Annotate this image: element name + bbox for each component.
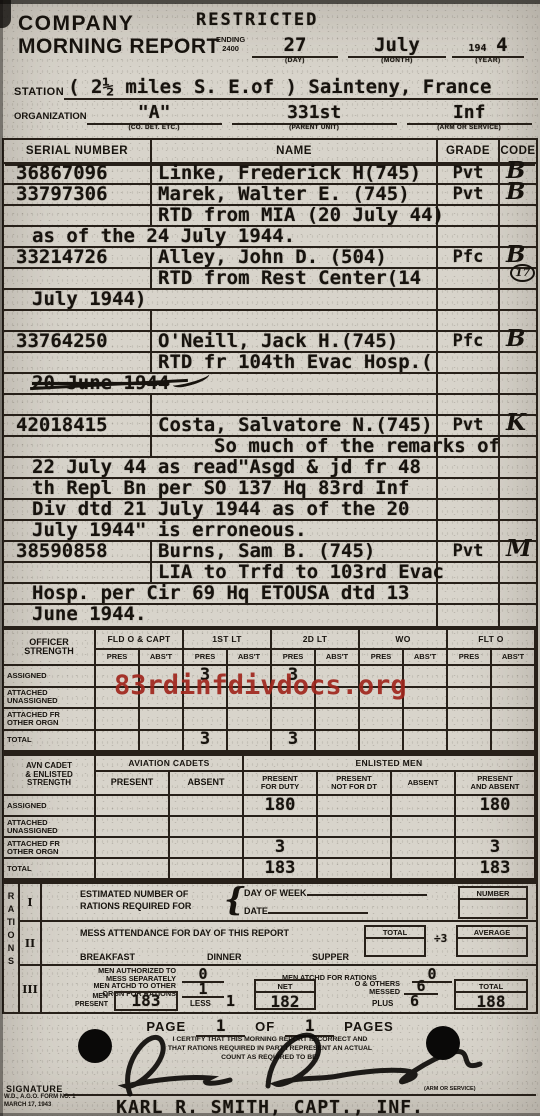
strength-value-cell xyxy=(170,817,244,838)
rations-total-box: TOTAL 188 xyxy=(454,979,528,1010)
handwritten-code: B xyxy=(506,329,525,349)
enlisted-men-header: ENLISTED MEN xyxy=(244,756,536,772)
enlisted-column-header: PRESENT FOR DUTY xyxy=(244,772,318,796)
breakfast-label: BREAKFAST xyxy=(80,952,135,962)
code-cell xyxy=(500,269,536,288)
rations-section: RATIONS I ESTIMATED NUMBER OF RATIONS RE… xyxy=(2,882,538,1014)
station-value: ( 2½ miles S. E.of ) Sainteny, France xyxy=(64,76,538,100)
grade-cell xyxy=(438,227,500,246)
strength-value-cell xyxy=(228,709,272,731)
grade-cell xyxy=(438,437,500,456)
code-cell: B17 xyxy=(500,248,536,267)
strength-value-cell xyxy=(316,731,360,753)
plus-label: PLUS xyxy=(372,999,393,1008)
remark-text: RTD from Rest Center(14 xyxy=(152,269,438,288)
organization-arm-value: Inf xyxy=(453,102,486,123)
roster-row: 36867096Linke, Frederick H(745)PvtB xyxy=(4,164,536,185)
less-label: LESS xyxy=(190,999,211,1008)
col-header-serial: SERIAL NUMBER xyxy=(4,140,152,162)
serial-cell: 38590858 xyxy=(4,542,152,561)
number-box-label: NUMBER xyxy=(460,888,526,900)
pres-abst-sub-header: PRES xyxy=(448,650,492,666)
remark-text: So much of the remarks of xyxy=(152,437,438,456)
scan-edge-artifact xyxy=(0,0,11,28)
strength-row-label: TOTAL xyxy=(4,859,96,880)
strength-value-cell xyxy=(318,838,392,859)
serial-cell: 33797306 xyxy=(4,185,152,204)
handwritten-code: B xyxy=(506,182,525,202)
archive-watermark: 83rdinfdivdocs.org xyxy=(114,670,407,701)
strength-value-cell xyxy=(96,817,170,838)
enlisted-column-header: ABSENT xyxy=(392,772,456,796)
strength-value-cell xyxy=(392,817,456,838)
grade-cell: Pvt xyxy=(438,416,500,435)
morning-report-document: COMPANY RESTRICTED MORNING REPORT ENDING… xyxy=(0,0,540,1116)
scan-edge-artifact xyxy=(0,0,540,4)
grade-cell: Pfc xyxy=(438,332,500,351)
roster-row: LIA to Trfd to 103rd Evac xyxy=(4,563,536,584)
enlisted-column-header: PRESENT AND ABSENT xyxy=(456,772,536,796)
officer-column-group-header: FLD O & CAPT xyxy=(96,630,184,650)
strength-value-cell xyxy=(316,709,360,731)
signature-label: SIGNATURE xyxy=(6,1084,63,1094)
brace-glyph: { xyxy=(224,880,245,918)
date-day-value: 27 xyxy=(284,34,307,56)
dinner-label: DINNER xyxy=(207,952,242,962)
serial-cell: 33214726 xyxy=(4,248,152,267)
strength-value-cell xyxy=(492,731,536,753)
pres-abst-sub-header: ABS'T xyxy=(140,650,184,666)
strength-value-cell xyxy=(170,838,244,859)
rations-part-1: ESTIMATED NUMBER OF RATIONS REQUIRED FOR… xyxy=(42,884,536,922)
organization-company-field: "A" (CO. DET. ETC.) xyxy=(87,102,222,125)
grade-cell xyxy=(438,458,500,477)
remark-continuation-text: Hosp. per Cir 69 Hq ETOUSA dtd 13 xyxy=(4,584,438,603)
remark-text: RTD from MIA (20 July 44) xyxy=(152,206,438,225)
classification-stamp: RESTRICTED xyxy=(196,10,318,30)
name-cell: Burns, Sam B. (745) xyxy=(152,542,438,561)
strength-value-cell xyxy=(492,688,536,710)
strength-value-cell xyxy=(318,796,392,817)
rations-part-2-numeral: II xyxy=(20,922,42,966)
officer-column-group-header: 2D LT xyxy=(272,630,360,650)
strength-row-label: ATTACHED FR OTHER ORGN xyxy=(4,709,96,731)
strength-value-cell xyxy=(404,666,448,688)
parent-unit-sublabel: (PARENT UNIT) xyxy=(232,124,397,131)
strength-value-cell: 3 xyxy=(272,731,316,753)
strength-value-cell xyxy=(492,666,536,688)
code-cell xyxy=(500,605,536,626)
strength-value-cell xyxy=(244,817,318,838)
officer-column-group-header: FLT O xyxy=(448,630,536,650)
form-number-info: W.D., A.G.O. FORM NO. 1 MARCH 17, 1943 xyxy=(4,1094,75,1110)
remark-text: RTD fr 104th Evac Hosp.( xyxy=(152,353,438,372)
code-cell xyxy=(500,458,536,477)
rations-part-1-numeral: I xyxy=(20,884,42,922)
rations-side-label: RATIONS xyxy=(4,884,20,1012)
month-sublabel: (MONTH) xyxy=(348,57,446,64)
organization-line: ORGANIZATION "A" (CO. DET. ETC.) 331st (… xyxy=(14,102,538,125)
year-sublabel: (YEAR) xyxy=(452,57,524,64)
ending-2400-label: ENDING 2400 xyxy=(216,36,245,53)
strength-value-cell xyxy=(170,859,244,880)
grade-cell xyxy=(438,395,500,414)
grade-cell xyxy=(438,500,500,519)
organization-arm-field: Inf (ARM OR SERVICE) xyxy=(407,102,532,125)
strength-value-cell xyxy=(492,709,536,731)
strength-row-label: ATTACHED UNASSIGNED xyxy=(4,688,96,710)
pres-abst-sub-header: ABS'T xyxy=(492,650,536,666)
pres-abst-sub-header: PRES xyxy=(360,650,404,666)
atchd-other-orgn-value: 1 xyxy=(182,982,224,998)
personnel-roster-table: SERIAL NUMBER NAME GRADE CODE 36867096Li… xyxy=(2,138,538,628)
code-cell xyxy=(500,563,536,582)
code-cell xyxy=(500,374,536,393)
grade-cell: Pvt xyxy=(438,542,500,561)
col-header-name: NAME xyxy=(152,140,438,162)
roster-row: 38590858Burns, Sam B. (745)PvtM xyxy=(4,542,536,563)
strength-value-cell xyxy=(448,709,492,731)
strength-value-cell xyxy=(96,859,170,880)
officer-column-group-header: WO xyxy=(360,630,448,650)
punch-hole xyxy=(78,1029,112,1063)
strength-row-label: TOTAL xyxy=(4,731,96,753)
strength-value-cell xyxy=(96,796,170,817)
station-label: STATION xyxy=(14,86,64,100)
roster-row: RTD from MIA (20 July 44) xyxy=(4,206,536,227)
strength-row-label: ATTACHED FR OTHER ORGN xyxy=(4,838,96,859)
serial-cell: 42018415 xyxy=(4,416,152,435)
name-cell xyxy=(152,395,438,414)
pres-abst-sub-header: PRES xyxy=(184,650,228,666)
roster-row: RTD fr 104th Evac Hosp.( xyxy=(4,353,536,374)
date-month-value: July xyxy=(374,34,420,56)
enlisted-column-header: PRESENT NOT FOR DT xyxy=(318,772,392,796)
code-cell xyxy=(500,584,536,603)
remark-continuation-text: 20 June 1944 xyxy=(4,374,438,393)
rations-part-2: MESS ATTENDANCE FOR DAY OF THIS REPORT T… xyxy=(42,922,536,966)
date-year-field: 194 4 (YEAR) xyxy=(452,34,524,58)
aviation-cadets-header: AVIATION CADETS xyxy=(96,756,244,772)
strength-value-cell xyxy=(96,838,170,859)
roster-row: 33214726Alley, John D. (504)PfcB17 xyxy=(4,248,536,269)
strength-value-cell xyxy=(392,796,456,817)
strength-value-cell xyxy=(318,859,392,880)
strength-value-cell: 3 xyxy=(456,838,536,859)
roster-row: RTD from Rest Center(14 xyxy=(4,269,536,290)
grade-cell xyxy=(438,479,500,498)
supper-label: SUPPER xyxy=(312,952,349,962)
code-cell: B xyxy=(500,185,536,204)
code-cell xyxy=(500,500,536,519)
name-cell: Alley, John D. (504) xyxy=(152,248,438,267)
strength-value-cell xyxy=(96,731,140,753)
grade-cell xyxy=(438,563,500,582)
grade-cell xyxy=(438,269,500,288)
rations-total-value: 188 xyxy=(456,993,526,1011)
roster-row: Hosp. per Cir 69 Hq ETOUSA dtd 13 xyxy=(4,584,536,605)
pres-abst-sub-header: PRES xyxy=(272,650,316,666)
remark-continuation-text: June 1944. xyxy=(4,605,438,626)
station-line: STATION ( 2½ miles S. E.of ) Sainteny, F… xyxy=(14,76,538,100)
strength-value-cell xyxy=(170,796,244,817)
roster-header-row: SERIAL NUMBER NAME GRADE CODE xyxy=(4,140,536,164)
name-cell: Marek, Walter E. (745) xyxy=(152,185,438,204)
strength-value-cell xyxy=(404,731,448,753)
mess-total-label: TOTAL xyxy=(366,927,424,939)
strength-value-cell xyxy=(448,666,492,688)
handwritten-code: M xyxy=(506,539,531,559)
serial-cell xyxy=(4,563,152,582)
men-present-box: 183 xyxy=(114,991,178,1011)
arm-service-sublabel: (ARM OR SERVICE) xyxy=(407,124,532,131)
year-typed: 4 xyxy=(496,34,507,56)
mess-total-box: TOTAL xyxy=(364,925,426,957)
strength-value-cell xyxy=(360,731,404,753)
roster-row: 22 July 44 as read"Asgd & jd fr 48 xyxy=(4,458,536,479)
date-month-field: July (MONTH) xyxy=(348,34,446,58)
plus-value: 6 xyxy=(410,992,419,1010)
remark-continuation-text: July 1944) xyxy=(4,290,438,309)
net-box: NET 182 xyxy=(254,979,316,1010)
remark-continuation-text: th Repl Bn per SO 137 Hq 83rd Inf xyxy=(4,479,438,498)
strength-value-cell xyxy=(448,731,492,753)
mess-attendance-label: MESS ATTENDANCE FOR DAY OF THIS REPORT xyxy=(80,928,289,938)
rations-part-3-numeral: III xyxy=(20,966,42,1012)
serial-cell xyxy=(4,437,152,456)
roster-row: June 1944. xyxy=(4,605,536,626)
handwritten-code: B xyxy=(506,245,525,265)
code-cell xyxy=(500,290,536,309)
officer-column-group-header: 1ST LT xyxy=(184,630,272,650)
remark-continuation-text: as of the 24 July 1944. xyxy=(4,227,438,246)
punch-hole xyxy=(426,1026,460,1060)
code-cell xyxy=(500,479,536,498)
grade-cell xyxy=(438,584,500,603)
form-title-morning-report: MORNING REPORT xyxy=(18,35,220,59)
code-cell xyxy=(500,353,536,372)
enlisted-strength-table: AVN CADET & ENLISTED STRENGTHAVIATION CA… xyxy=(2,754,538,882)
date-day-field: 27 (DAY) xyxy=(252,34,338,58)
name-cell: Linke, Frederick H(745) xyxy=(152,164,438,183)
form-number-line: W.D., A.G.O. FORM NO. 1 xyxy=(4,1094,75,1102)
serial-cell xyxy=(4,311,152,330)
roster-row xyxy=(4,311,536,332)
strength-value-cell: 180 xyxy=(456,796,536,817)
strength-value-cell xyxy=(404,688,448,710)
officer-strength-title: OFFICER STRENGTH xyxy=(4,630,96,666)
strength-value-cell xyxy=(140,731,184,753)
serial-cell: 33764250 xyxy=(4,332,152,351)
pres-abst-sub-header: PRES xyxy=(96,650,140,666)
pres-abst-sub-header: ABS'T xyxy=(404,650,448,666)
grade-cell xyxy=(438,206,500,225)
estimated-rations-label: ESTIMATED NUMBER OF xyxy=(80,889,188,899)
col-header-grade: GRADE xyxy=(438,140,500,162)
grade-cell xyxy=(438,521,500,540)
roster-row: 42018415Costa, Salvatore N.(745)PvtK xyxy=(4,416,536,437)
grade-cell xyxy=(438,353,500,372)
roster-row: th Repl Bn per SO 137 Hq 83rd Inf xyxy=(4,479,536,500)
enlisted-column-header: PRESENT xyxy=(96,772,170,796)
day-of-week-label: DAY OF WEEK xyxy=(244,888,427,898)
roster-row: as of the 24 July 1944. xyxy=(4,227,536,248)
name-cell xyxy=(152,311,438,330)
pres-abst-sub-header: ABS'T xyxy=(316,650,360,666)
day-of-week-blank xyxy=(307,894,427,896)
code-cell: B xyxy=(500,332,536,351)
remark-text: LIA to Trfd to 103rd Evac xyxy=(152,563,438,582)
handwritten-code: K xyxy=(506,413,526,433)
remark-continuation-text: Div dtd 21 July 1944 as of the 20 xyxy=(4,500,438,519)
day-sublabel: (DAY) xyxy=(252,57,338,64)
grade-cell: Pvt xyxy=(438,185,500,204)
company-sublabel: (CO. DET. ETC.) xyxy=(87,124,222,131)
strength-value-cell xyxy=(96,709,140,731)
divide-by-three: ÷3 xyxy=(434,932,447,945)
strength-value-cell xyxy=(404,709,448,731)
organization-company-value: "A" xyxy=(138,102,171,123)
strength-value-cell: 3 xyxy=(184,731,228,753)
strength-row-label: ATTACHED UNASSIGNED xyxy=(4,817,96,838)
roster-row: July 1944) xyxy=(4,290,536,311)
less-value: 1 xyxy=(226,992,235,1010)
grade-cell: Pvt xyxy=(438,164,500,183)
grade-cell xyxy=(438,290,500,309)
name-cell: Costa, Salvatore N.(745) xyxy=(152,416,438,435)
remark-continuation-text: July 1944" is erroneous. xyxy=(4,521,438,540)
strength-value-cell xyxy=(318,817,392,838)
organization-parent-field: 331st (PARENT UNIT) xyxy=(232,102,397,125)
roster-row xyxy=(4,395,536,416)
name-cell: O'Neill, Jack H.(745) xyxy=(152,332,438,351)
date-label: DATE xyxy=(244,906,368,916)
strength-value-cell xyxy=(392,859,456,880)
enlisted-strength-title: AVN CADET & ENLISTED STRENGTH xyxy=(4,756,96,796)
strength-value-cell xyxy=(456,817,536,838)
strength-value-cell xyxy=(140,709,184,731)
mess-average-box: AVERAGE xyxy=(456,925,528,957)
organization-parent-value: 331st xyxy=(287,102,341,123)
code-cell: M xyxy=(500,542,536,561)
serial-cell: 36867096 xyxy=(4,164,152,183)
grade-cell xyxy=(438,311,500,330)
grade-cell xyxy=(438,374,500,393)
date-blank xyxy=(268,912,368,914)
strength-value-cell: 180 xyxy=(244,796,318,817)
roster-row: July 1944" is erroneous. xyxy=(4,521,536,542)
rations-part-3: MEN AUTHORIZED TO MESS SEPARATELY 0 MEN … xyxy=(42,966,536,1012)
strength-value-cell: 183 xyxy=(456,859,536,880)
strength-value-cell: 183 xyxy=(244,859,318,880)
number-box: NUMBER xyxy=(458,886,528,919)
strength-value-cell xyxy=(184,709,228,731)
strength-value-cell xyxy=(448,688,492,710)
form-title-company: COMPANY xyxy=(18,12,134,36)
serial-cell xyxy=(4,206,152,225)
grade-cell: Pfc xyxy=(438,248,500,267)
strength-value-cell xyxy=(228,731,272,753)
strength-row-label: ASSIGNED xyxy=(4,666,96,688)
roster-row: 33797306Marek, Walter E. (745)PvtB xyxy=(4,185,536,206)
serial-cell xyxy=(4,269,152,288)
strength-value-cell xyxy=(360,709,404,731)
strength-value-cell xyxy=(272,709,316,731)
organization-label: ORGANIZATION xyxy=(14,111,87,125)
serial-cell xyxy=(4,395,152,414)
roster-body: 36867096Linke, Frederick H(745)PvtB33797… xyxy=(4,164,536,626)
code-cell: K xyxy=(500,416,536,435)
scan-edge-artifact xyxy=(0,0,3,1116)
year-printed: 194 xyxy=(468,43,486,54)
strength-row-label: ASSIGNED xyxy=(4,796,96,817)
mess-average-label: AVERAGE xyxy=(458,927,526,939)
roster-row: So much of the remarks of xyxy=(4,437,536,458)
serial-cell xyxy=(4,353,152,372)
strength-value-cell xyxy=(392,838,456,859)
code-cell xyxy=(500,206,536,225)
roster-row: Div dtd 21 July 1944 as of the 20 xyxy=(4,500,536,521)
men-present-value: 183 xyxy=(116,993,176,1009)
form-date-line: MARCH 17, 1943 xyxy=(4,1102,75,1110)
code-cell xyxy=(500,437,536,456)
roster-row: 20 June 1944 xyxy=(4,374,536,395)
grade-cell xyxy=(438,605,500,626)
pres-abst-sub-header: ABS'T xyxy=(228,650,272,666)
estimated-rations-label2: RATIONS REQUIRED FOR xyxy=(80,901,191,911)
remark-continuation-text: 22 July 44 as read"Asgd & jd fr 48 xyxy=(4,458,438,477)
men-present-label: MEN PRESENT xyxy=(56,993,108,1009)
net-box-value: 182 xyxy=(256,993,314,1011)
strength-value-cell: 3 xyxy=(244,838,318,859)
roster-row: 33764250O'Neill, Jack H.(745)PfcB xyxy=(4,332,536,353)
others-messed-label: O & OTHERS MESSED xyxy=(330,980,400,997)
enlisted-column-header: ABSENT xyxy=(170,772,244,796)
